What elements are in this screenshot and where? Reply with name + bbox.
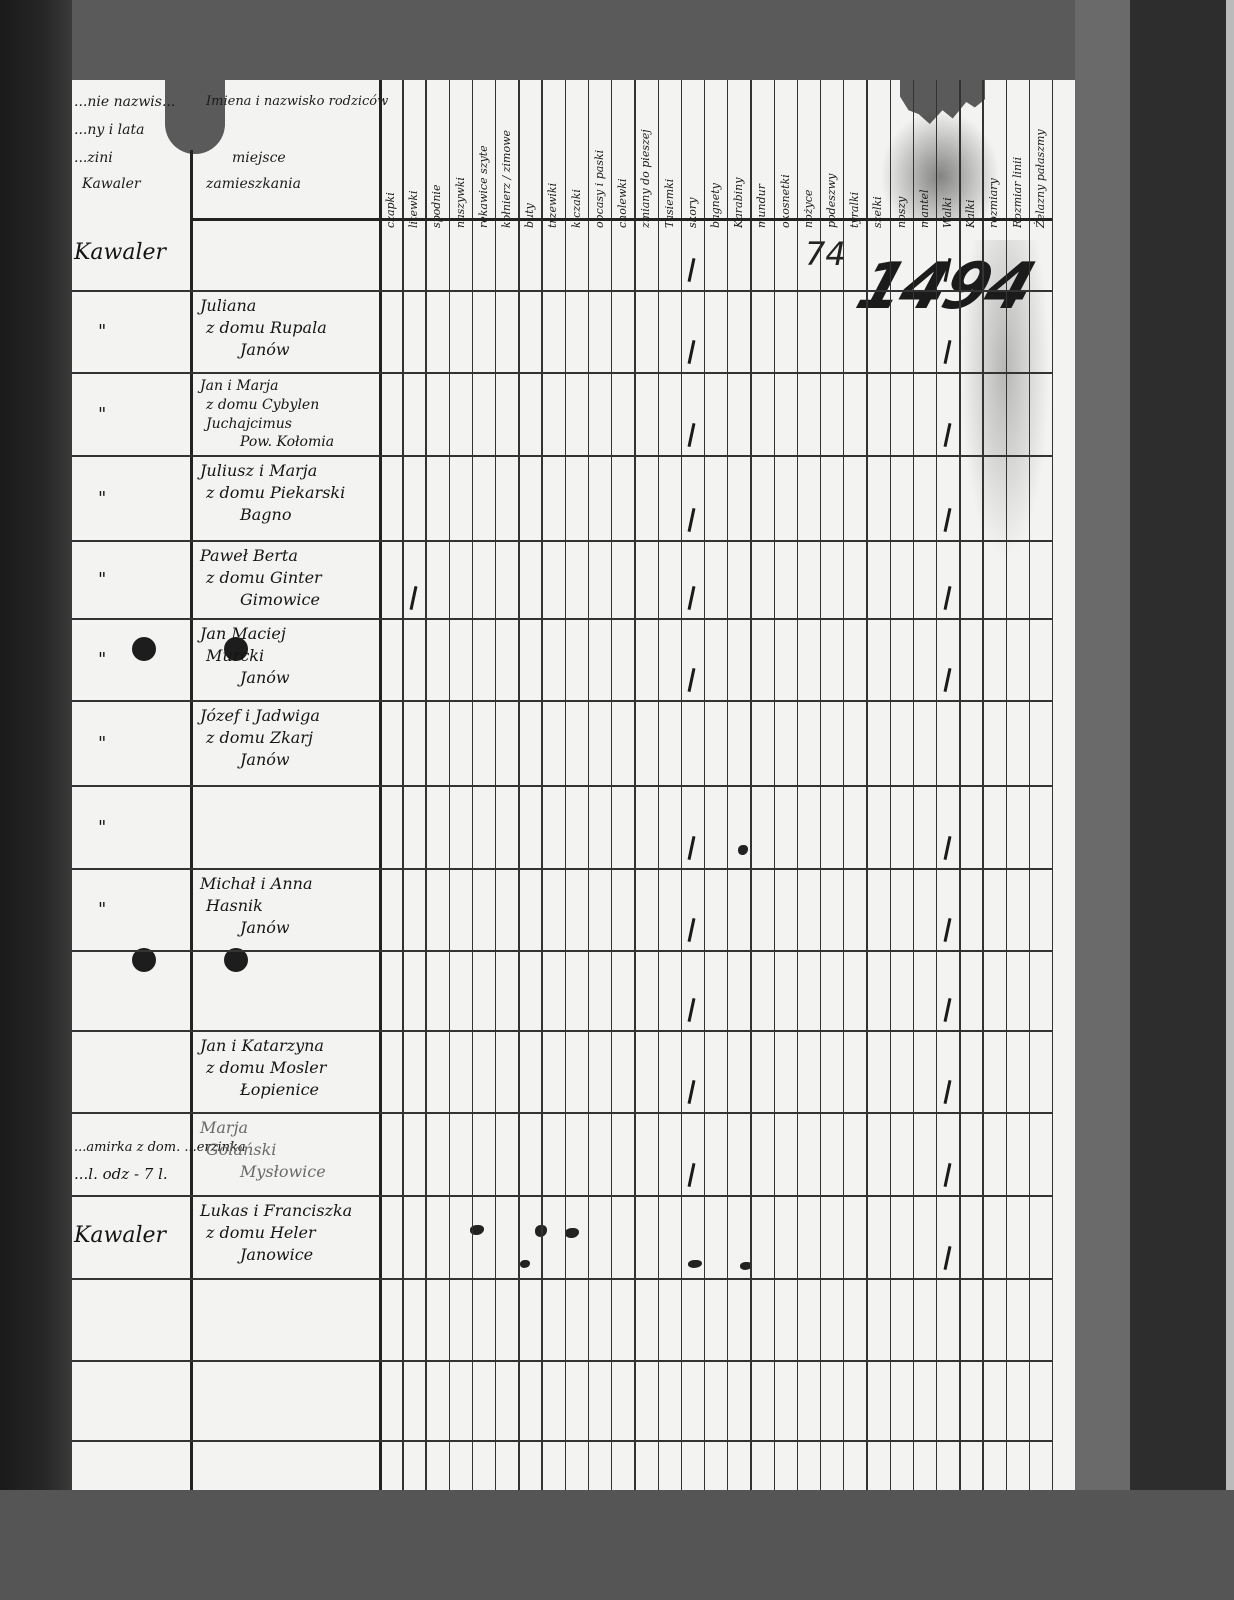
- parents-line: Michał i Anna: [200, 874, 312, 893]
- parents-line: z domu Piekarski: [206, 483, 345, 502]
- left-header-line-1: ...nie nazwis...: [74, 94, 175, 110]
- column-header-label: czapki: [384, 192, 397, 228]
- column-header-label: spodnie: [430, 185, 443, 228]
- row-rule: [72, 290, 1052, 292]
- parents-line: Jan i Katarzyna: [200, 1036, 324, 1055]
- parents-line: z domu Ginter: [206, 568, 322, 587]
- column-header: zmiany do pieszej: [636, 88, 656, 228]
- adjacent-page-edge: [1226, 0, 1234, 1600]
- column-header-label: trzewiki: [546, 183, 559, 228]
- column-header: cholewki: [613, 88, 633, 228]
- column-header-label: skory: [686, 198, 699, 228]
- punch-hole: [132, 948, 156, 972]
- column-header: Tasiemki: [660, 88, 680, 228]
- scanner-background-bottom: [0, 1490, 1234, 1600]
- row-rule: [72, 455, 1052, 457]
- parents-line: Janów: [240, 750, 290, 769]
- column-header: buty: [520, 88, 540, 228]
- parents-line: Juliana: [200, 296, 256, 315]
- parents-line: Juliusz i Marja: [200, 461, 317, 480]
- column-header: litewki: [404, 88, 424, 228]
- column-header: czapki: [381, 88, 401, 228]
- parents-line: Łopienice: [240, 1080, 319, 1099]
- column-header-label: bagnety: [709, 183, 722, 228]
- parents-line: Pow. Kołomia: [240, 434, 334, 450]
- status-cell: ": [98, 649, 106, 670]
- row-rule: [72, 950, 1052, 952]
- parents-line: Janów: [240, 340, 290, 359]
- column-header: nożyce: [799, 88, 819, 228]
- column-header-label: buty: [523, 203, 536, 228]
- row-rule: [72, 1195, 1052, 1197]
- punch-hole: [224, 948, 248, 972]
- column-header: Rozmiar linii: [1008, 88, 1028, 228]
- header-bottom-rule: [190, 218, 1052, 221]
- row-rule: [72, 1440, 1052, 1442]
- column-header: rękawice szyte: [474, 88, 494, 228]
- page-notch: [165, 78, 225, 154]
- status-cell: ": [98, 733, 106, 754]
- column-header: naszywki: [451, 88, 471, 228]
- status-cell: ": [98, 817, 106, 838]
- row-rule: [72, 868, 1052, 870]
- scan-right-border: [1075, 0, 1130, 1600]
- parents-line: Bagno: [240, 505, 291, 524]
- column-header: Walki: [938, 88, 958, 228]
- row-rule: [72, 540, 1052, 542]
- left-header-line-2: ...ny i lata: [74, 122, 144, 138]
- row-rule: [72, 372, 1052, 374]
- parents-line: z domu Rupala: [206, 318, 327, 337]
- parents-header-line-3: zamieszkania: [206, 176, 301, 192]
- row-rule: [72, 1278, 1052, 1280]
- column-header-label: mantel: [918, 189, 931, 228]
- status-column-divider: [190, 150, 193, 1490]
- parents-line: Mysłowice: [240, 1162, 326, 1181]
- row-rule: [72, 785, 1052, 787]
- column-header: obcasy i paski: [590, 88, 610, 228]
- row-rule: [72, 1030, 1052, 1032]
- column-header-label: kiczaki: [570, 189, 583, 228]
- parents-line: Gimowice: [240, 590, 320, 609]
- status-cell: ": [98, 569, 106, 590]
- parents-line: Hasnik: [206, 896, 263, 915]
- column-header: trzewiki: [543, 88, 563, 228]
- column-header: okosnetki: [776, 88, 796, 228]
- column-header-label: Walki: [941, 197, 954, 228]
- column-header: mundur: [752, 88, 772, 228]
- column-header: Żelazny pałaszmy: [1031, 88, 1051, 228]
- parents-line: Paweł Berta: [200, 546, 298, 565]
- column-header: kołnierz / zimowe: [497, 88, 517, 228]
- status-cell: Kawaler: [74, 240, 166, 265]
- pencil-page-number: 74: [805, 235, 846, 273]
- tally-column-line: [1052, 80, 1053, 1490]
- parents-line: Marja: [200, 1118, 248, 1137]
- column-header-label: mundur: [755, 184, 768, 228]
- column-header: tyralki: [845, 88, 865, 228]
- column-header-label: Kalki: [964, 200, 977, 228]
- punch-hole: [132, 637, 156, 661]
- status-cell: ": [98, 321, 106, 342]
- left-header-line-4: Kawaler: [82, 176, 141, 192]
- column-header: rozmiary: [984, 88, 1004, 228]
- status-cell: ": [98, 404, 106, 425]
- stamp-page-number: 1494: [848, 250, 1042, 324]
- scanner-background-top: [0, 0, 1234, 86]
- status-cell: ": [98, 488, 106, 509]
- parents-line: z domu Zkarj: [206, 728, 313, 747]
- parents-line: Jan i Marja: [200, 378, 278, 394]
- parents-line: Janowice: [240, 1245, 313, 1264]
- parents-line: Janów: [240, 668, 290, 687]
- parents-line: Golański: [206, 1140, 276, 1159]
- parents-header-line-1: Imiena i nazwisko rodziców: [206, 94, 388, 109]
- parents-line: Murcki: [206, 646, 264, 665]
- column-header-label: Tasiemki: [663, 179, 676, 228]
- row-rule: [72, 700, 1052, 702]
- column-header: szelki: [868, 88, 888, 228]
- column-header-label: Żelazny pałaszmy: [1034, 129, 1047, 228]
- parents-line: Józef i Jadwiga: [200, 706, 320, 725]
- column-header: spodnie: [427, 88, 447, 228]
- parents-line: z domu Cybylen: [206, 397, 319, 413]
- column-header: kiczaki: [567, 88, 587, 228]
- row-rule: [72, 1360, 1052, 1362]
- status-cell: Kawaler: [74, 1223, 166, 1248]
- column-header-label: zmiany do pieszej: [639, 129, 652, 228]
- column-header-label: nożyce: [802, 190, 815, 228]
- column-header-label: kołnierz / zimowe: [500, 130, 513, 228]
- column-header: Karabiny: [729, 88, 749, 228]
- parents-header-line-2: miejsce: [232, 150, 286, 166]
- parents-line: Juchajcimus: [206, 416, 292, 432]
- parents-line: Janów: [240, 918, 290, 937]
- column-header: noszy: [892, 88, 912, 228]
- status-note: ...l. odz - 7 l.: [74, 1165, 168, 1183]
- column-header-label: litewki: [407, 190, 420, 228]
- column-header-label: szelki: [871, 196, 884, 228]
- column-header: skory: [683, 88, 703, 228]
- status-cell: ": [98, 899, 106, 920]
- column-header-label: noszy: [895, 197, 908, 228]
- column-header-label: obcasy i paski: [593, 150, 606, 228]
- column-header: podeszwy: [822, 88, 842, 228]
- left-header-line-3: ...zini: [74, 150, 113, 166]
- row-rule: [72, 1112, 1052, 1114]
- scan-left-shadow: [0, 0, 72, 1600]
- parents-line: z domu Mosler: [206, 1058, 326, 1077]
- row-rule: [72, 618, 1052, 620]
- scan-right-shadow: [1130, 0, 1226, 1600]
- column-header: bagnety: [706, 88, 726, 228]
- column-header-label: rękawice szyte: [477, 145, 490, 228]
- column-header: mantel: [915, 88, 935, 228]
- column-header-label: tyralki: [848, 192, 861, 228]
- parents-line: Jan Maciej: [200, 624, 286, 643]
- parents-line: Lukas i Franciszka: [200, 1201, 352, 1220]
- column-header: Kalki: [961, 88, 981, 228]
- parents-line: z domu Heler: [206, 1223, 316, 1242]
